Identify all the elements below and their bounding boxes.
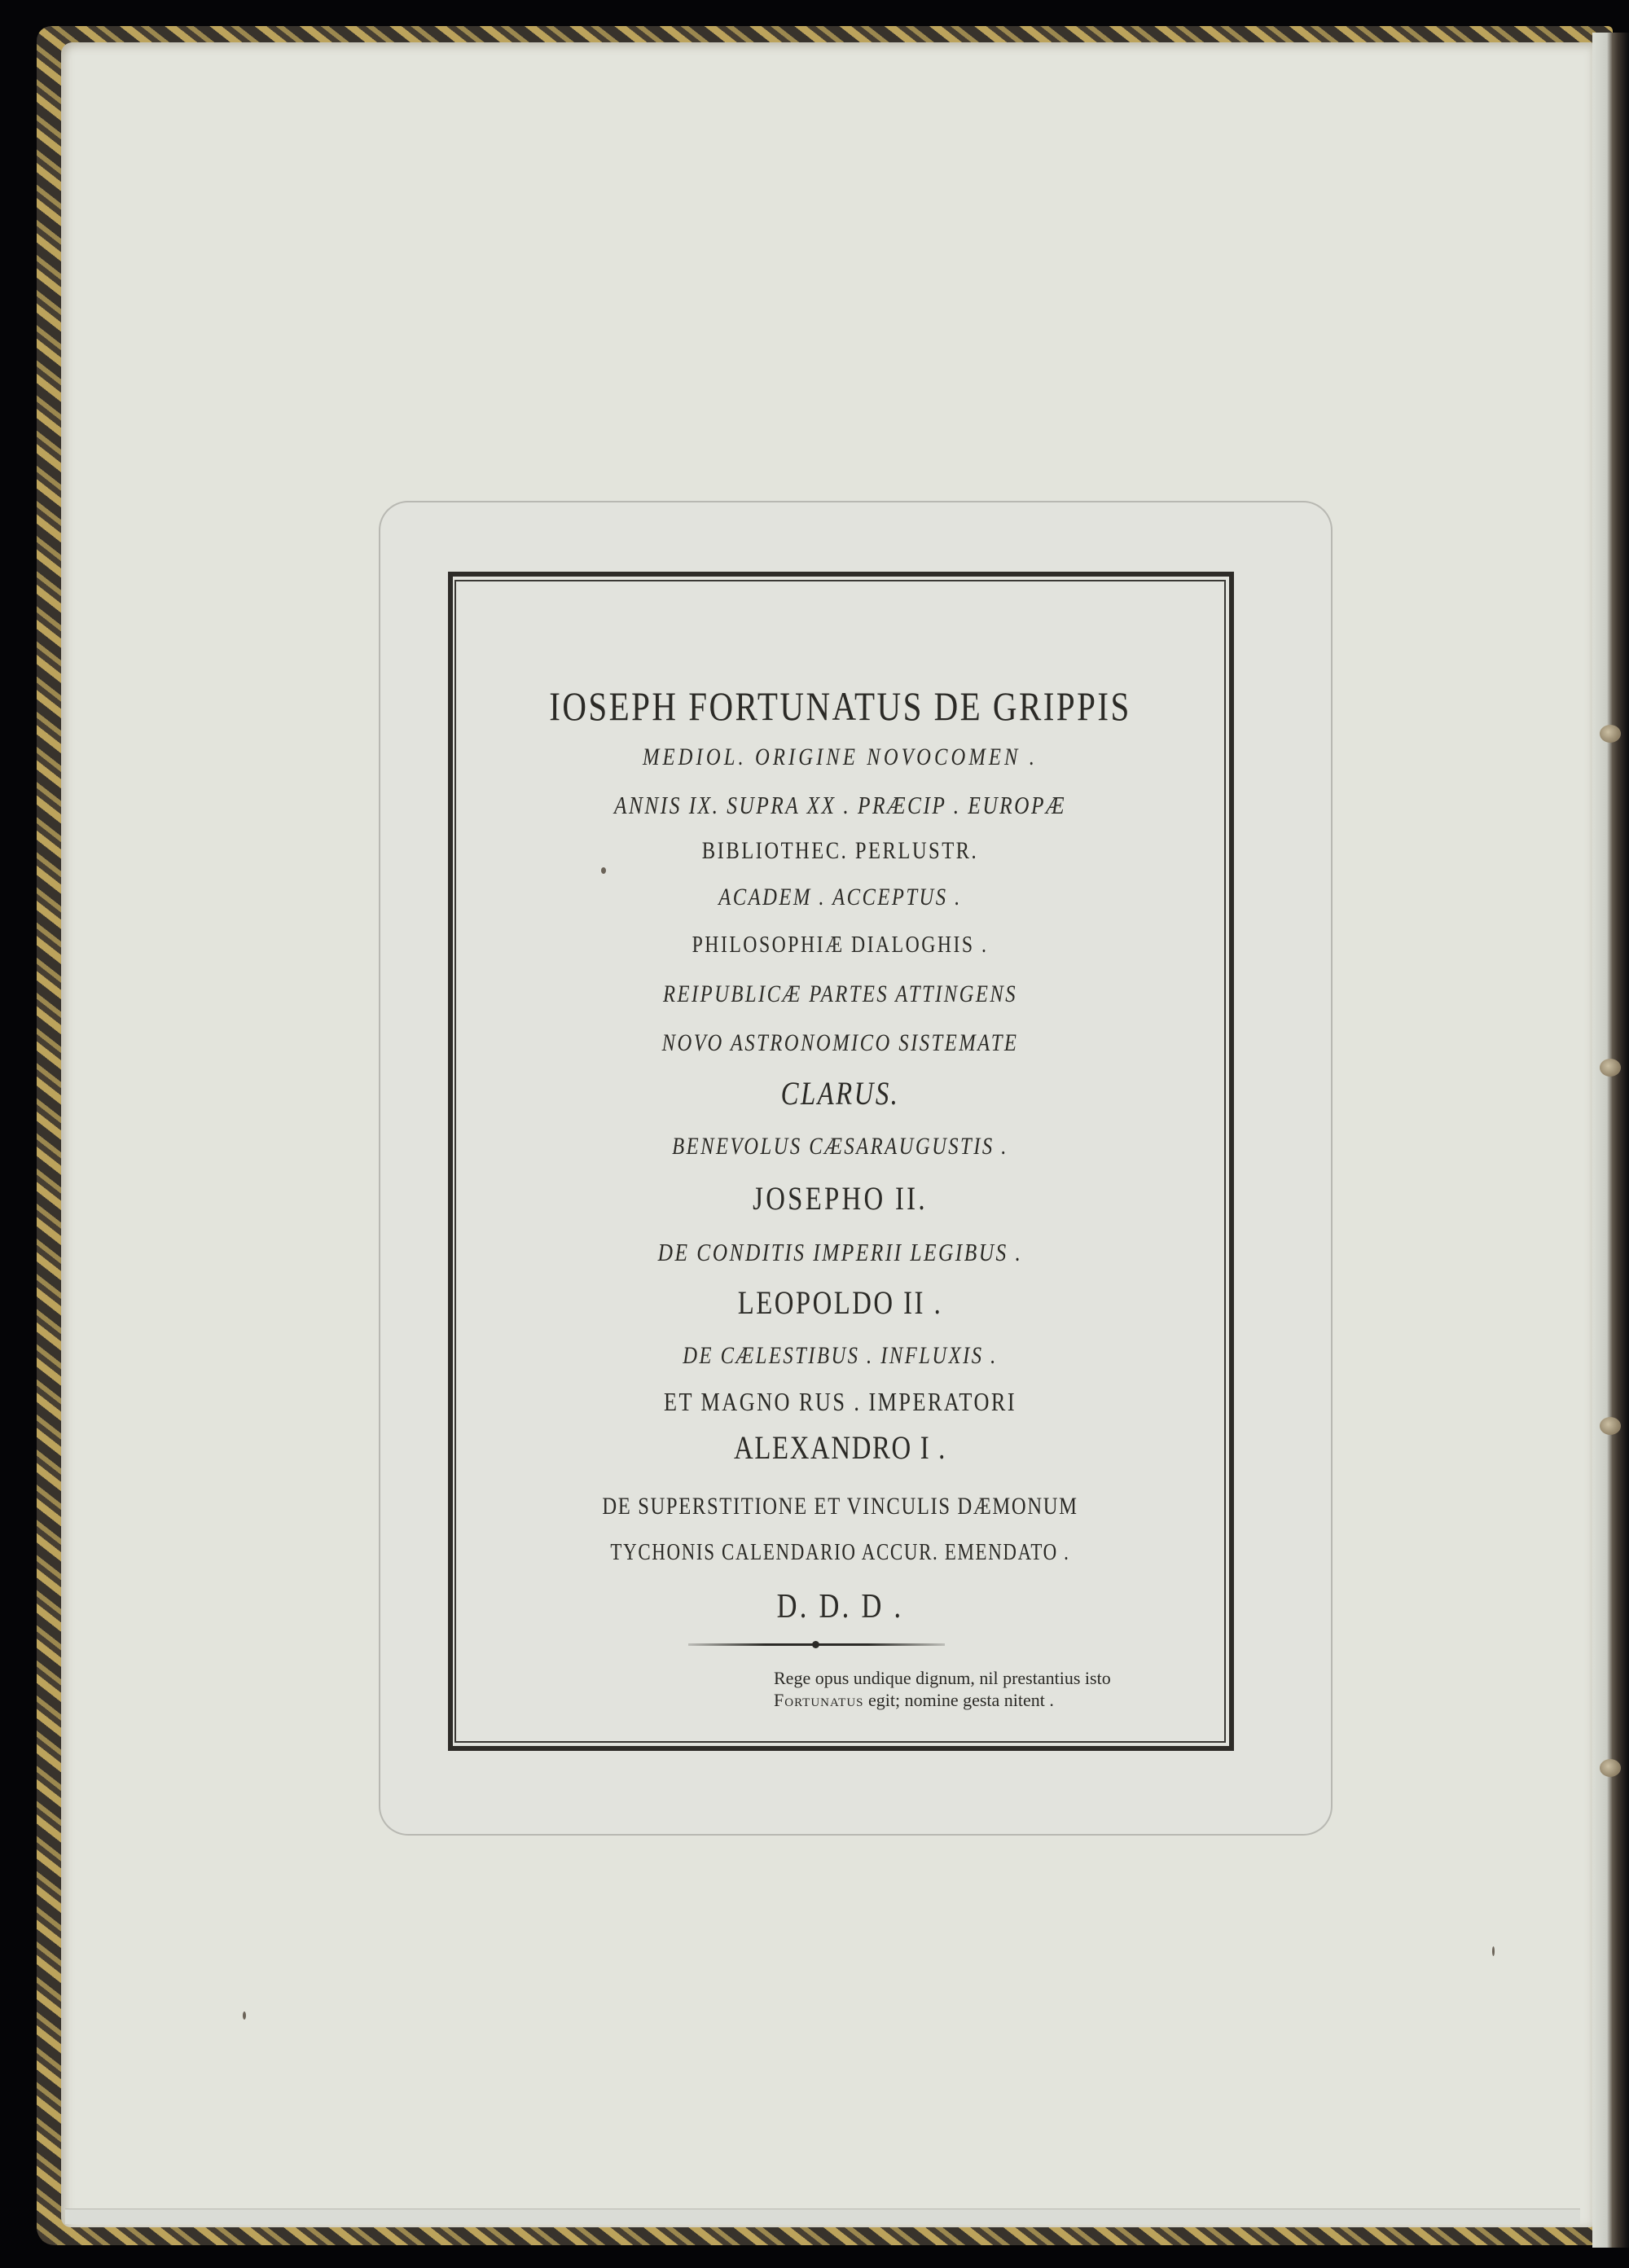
inscription-line: NOVO ASTRONOMICO SISTEMATE (524, 1031, 1157, 1055)
ornamental-rule-dot (812, 1641, 819, 1648)
inscription-line: REIPUBLICÆ PARTES ATTINGENS (524, 982, 1157, 1007)
epigraph-line-2: Fortunatus egit; nomine gesta nitent . (774, 1691, 1197, 1709)
paper-speck (243, 2011, 246, 2020)
inscription-line: TYCHONIS CALENDARIO ACCUR. EMENDATO . (524, 1542, 1157, 1564)
binding-gutter (1592, 33, 1629, 2248)
inscription-line: LEOPOLDO II . (524, 1287, 1157, 1319)
epigraph-line-1: Rege opus undique dignum, nil prestantiu… (774, 1669, 1197, 1687)
binding-stitch (1600, 1759, 1621, 1777)
epigraph-name: Fortunatus (774, 1690, 864, 1710)
inscription-line: ANNIS IX. SUPRA XX . PRÆCIP . EUROPÆ (524, 792, 1157, 818)
inscription-line: PHILOSOPHIÆ DIALOGHIS . (524, 933, 1157, 957)
paper-speck (1492, 1946, 1495, 1956)
inscription-title: IOSEPH FORTUNATUS DE GRIPPIS (524, 686, 1157, 726)
inscription-line: ALEXANDRO I . (524, 1432, 1157, 1464)
binding-stitch (1600, 1417, 1621, 1435)
inscription-line: JOSEPHO II. (524, 1182, 1157, 1215)
inscription-dedication: D. D. D . (524, 1590, 1157, 1624)
epigraph-line-2-text: egit; nomine gesta nitent . (864, 1690, 1054, 1710)
inscription-line: ET MAGNO RUS . IMPERATORI (524, 1388, 1157, 1415)
inscription-line: BENEVOLUS CÆSARAUGUSTIS . (524, 1134, 1157, 1159)
binding-stitch (1600, 725, 1621, 743)
paper-speck (601, 867, 606, 874)
inscription-line: BIBLIOTHEC. PERLUSTR. (524, 839, 1157, 863)
inscription-line: CLARUS. (524, 1077, 1157, 1110)
inscription-line: DE CÆLESTIBUS . INFLUXIS . (524, 1344, 1157, 1368)
binding-stitch (1600, 1059, 1621, 1077)
inscription-line: DE SUPERSTITIONE ET VINCULIS DÆMONUM (524, 1494, 1157, 1519)
inscription-line: MEDIOL. ORIGINE NOVOCOMEN . (524, 745, 1157, 770)
inscription-line: ACADEM . ACCEPTUS . (524, 885, 1157, 910)
page-edge-leaf (65, 2209, 1580, 2224)
inscription-line: DE CONDITIS IMPERII LEGIBUS . (524, 1239, 1157, 1265)
